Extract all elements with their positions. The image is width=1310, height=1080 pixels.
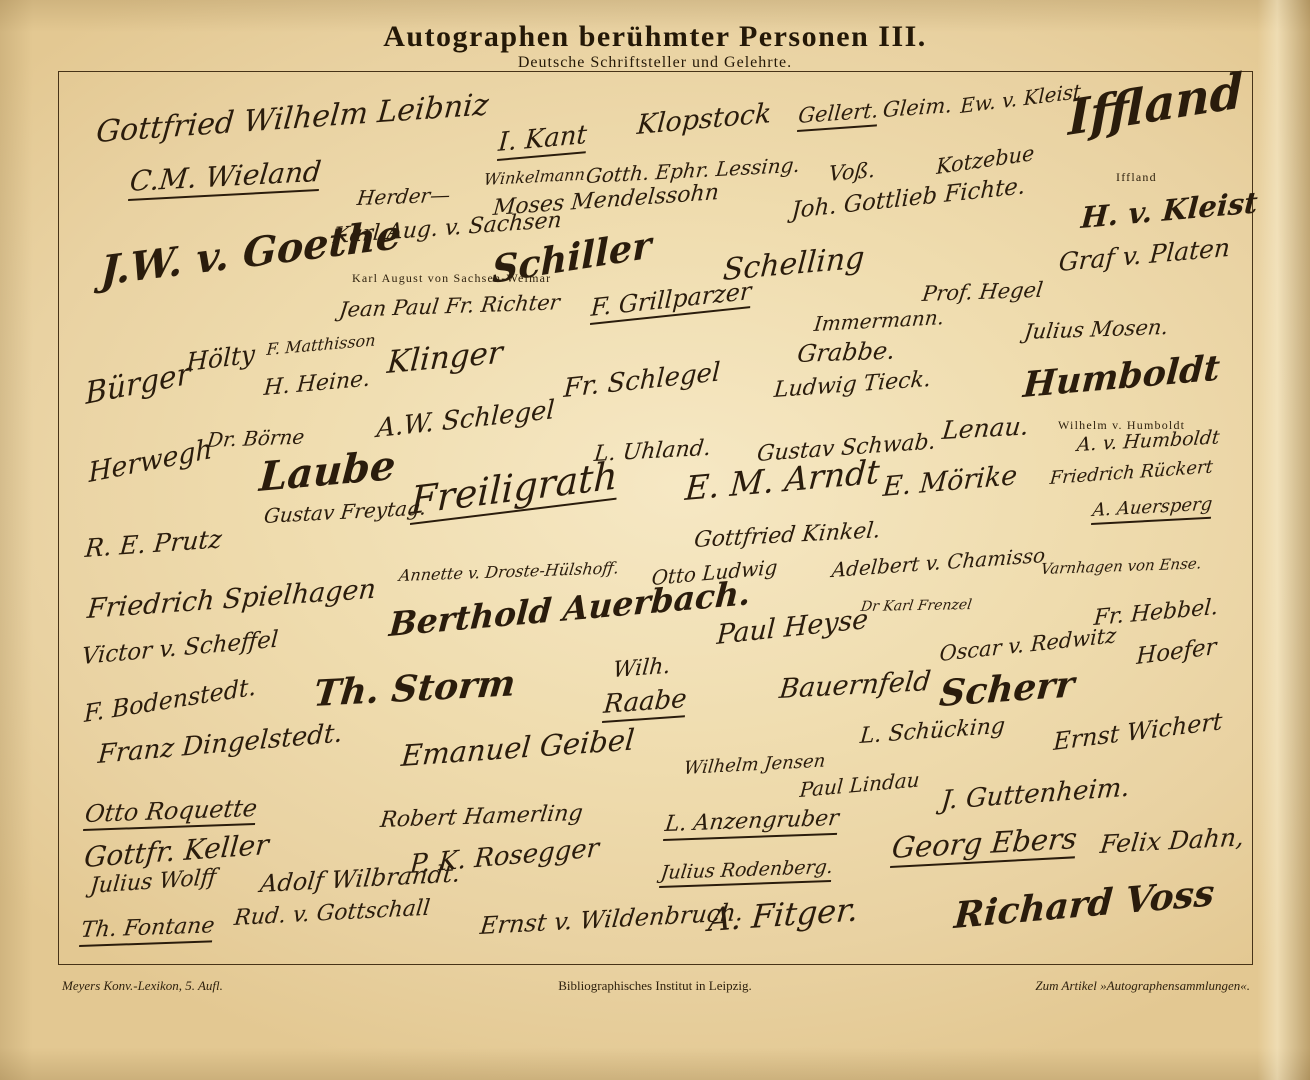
signature-scherr: Scherr — [938, 666, 1076, 712]
signature-gottfried-wilhelm-leibniz: Gottfried Wilhelm Leibniz — [95, 90, 490, 148]
signature-bürger: Bürger — [85, 359, 191, 410]
printed-label-wilhelm-v-humboldt: Wilhelm v. Humboldt — [1058, 418, 1185, 433]
page-subtitle: Deutsche Schriftsteller und Gelehrte. — [0, 54, 1310, 72]
signature-gleim: Gleim. — [882, 95, 953, 121]
signature-adelbert-v-chamisso: Adelbert v. Chamisso — [831, 545, 1046, 580]
printed-label-karl-august-von-sachsen-weimar: Karl August von Sachsen-Weimar — [352, 271, 551, 286]
signature-l-schücking: L. Schücking — [859, 716, 1006, 748]
signature-f-matthisson: F. Matthisson — [266, 332, 376, 358]
signature-annette-v-droste-hülshoff: Annette v. Droste-Hülshoff. — [398, 560, 620, 584]
signature-varnhagen-von-ense: Varnhagen von Ense. — [1040, 556, 1202, 577]
signature-dr-karl-frenzel: Dr Karl Frenzel — [860, 598, 973, 614]
signature-fr-schlegel: Fr. Schlegel — [563, 359, 721, 402]
signature-friedrich-spielhagen: Friedrich Spielhagen — [86, 576, 377, 623]
signature-laube: Laube — [258, 446, 397, 498]
signature-wilhelm-jensen: Wilhelm Jensen — [683, 752, 826, 778]
signature-ew-v-kleist: Ew. v. Kleist — [960, 81, 1081, 116]
signature-ludwig-tieck: Ludwig Tieck. — [773, 369, 932, 402]
signature-rud-v-gottschall: Rud. v. Gottschall — [233, 898, 431, 930]
signature-e-mörike: E. Mörike — [882, 462, 1018, 501]
signature-adolf-wilbrandt: Adolf Wilbrandt. — [259, 861, 461, 896]
signature-ernst-v-wildenbruch: Ernst v. Wildenbruch. — [479, 900, 745, 938]
signature-i-kant: I. Kant — [497, 122, 588, 161]
signature-a-w-schlegel: A.W. Schlegel — [376, 397, 555, 442]
signature-ernst-wichert: Ernst Wichert — [1053, 709, 1223, 754]
signature-berthold-auerbach: Berthold Auerbach. — [388, 576, 752, 641]
signature-klinger: Klinger — [386, 338, 504, 379]
footer-article-reference: Zum Artikel »Autographensammlungen«. — [1035, 978, 1250, 994]
signature-felix-dahn: Felix Dahn, — [1099, 824, 1245, 857]
signature-humboldt: Humboldt — [1022, 350, 1221, 403]
signature-julius-mosen: Julius Mosen. — [1023, 317, 1169, 343]
signature-bauernfeld: Bauernfeld — [778, 668, 932, 703]
signature-wilh: Wilh. — [612, 656, 671, 682]
printed-label-iffland: Iffland — [1116, 170, 1157, 185]
page-title: Autographen berühmter Personen III. — [0, 20, 1310, 54]
signature-a-auersperg: A. Auersperg — [1091, 496, 1213, 525]
signature-georg-ebers: Georg Ebers — [890, 824, 1078, 868]
signature-h-heine: H. Heine. — [263, 368, 371, 400]
signature-joh-gottlieb-fichte: Joh. Gottlieb Fichte. — [791, 175, 1026, 223]
signature-c-m-wieland: C.M. Wieland — [128, 158, 322, 201]
signature-friedrich-rückert: Friedrich Rückert — [1049, 458, 1214, 488]
signature-robert-hamerling: Robert Hamerling — [379, 803, 584, 832]
signature-julius-rodenberg: Julius Rodenberg. — [659, 858, 834, 888]
signature-gottfried-kinkel: Gottfried Kinkel. — [693, 520, 881, 552]
signature-prof-hegel: Prof. Hegel — [921, 280, 1044, 305]
signature-oscar-v-redwitz: Oscar v. Redwitz — [939, 625, 1117, 665]
signature-immermann: Immermann. — [813, 307, 945, 334]
signature-hoefer: Hoefer — [1136, 636, 1217, 669]
signature-victor-v-scheffel: Victor v. Scheffel — [81, 629, 279, 669]
signature-f-bodenstedt: F. Bodenstedt. — [84, 674, 256, 726]
signature-emanuel-geibel: Emanuel Geibel — [400, 725, 636, 771]
signature-freiligrath: Freiligrath — [410, 456, 618, 525]
autograph-plate-page: Autographen berühmter Personen III. Deut… — [0, 0, 1310, 1080]
signature-raabe: Raabe — [602, 686, 688, 723]
signature-e-m-arndt: E. M. Arndt — [684, 455, 881, 505]
signature-th-storm: Th. Storm — [312, 665, 517, 712]
signature-hölty: Hölty — [186, 341, 255, 375]
signature-a-fitger: A. Fitger. — [707, 893, 860, 936]
signature-grabbe: Grabbe. — [796, 338, 896, 366]
signature-winkelmann: Winkelmann — [483, 167, 586, 188]
signature-klopstock: Klopstock — [636, 100, 772, 139]
signature-j-guttenheim: J. Guttenheim. — [940, 775, 1131, 814]
signature-graf-v-platen: Graf v. Platen — [1058, 235, 1231, 275]
signature-r-e-prutz: R. E. Prutz — [84, 526, 223, 561]
signature-julius-wolff: Julius Wolff — [89, 867, 217, 898]
signature-gellert: Gellert. — [797, 100, 879, 132]
signature-herder: Herder— — [356, 185, 451, 208]
signature-voß: Voß. — [828, 160, 876, 185]
signature-franz-dingelstedt: Franz Dingelstedt. — [97, 720, 343, 768]
signature-jean-paul-fr-richter: Jean Paul Fr. Richter — [338, 292, 561, 321]
signature-f-grillparzer: F. Grillparzer — [590, 279, 752, 325]
signature-otto-roquette: Otto Roquette — [83, 796, 259, 831]
signature-gottfr-keller: Gottfr. Keller — [83, 831, 270, 872]
signature-iffland: Iffland — [1068, 67, 1243, 143]
signature-richard-voss: Richard Voss — [953, 875, 1215, 934]
signature-paul-lindau: Paul Lindau — [799, 769, 920, 800]
signature-gustav-freytag: Gustav Freytag. — [263, 497, 427, 526]
signature-lenau: Lenau. — [941, 413, 1030, 443]
signature-h-v-kleist: H. v. Kleist — [1080, 188, 1259, 233]
signature-herwegh: Herwegh — [88, 436, 213, 487]
signature-dr-börne: Dr. Börne — [206, 427, 306, 450]
signature-th-fontane: Th. Fontane — [79, 915, 216, 947]
signature-l-anzengruber: L. Anzengruber — [663, 808, 840, 841]
